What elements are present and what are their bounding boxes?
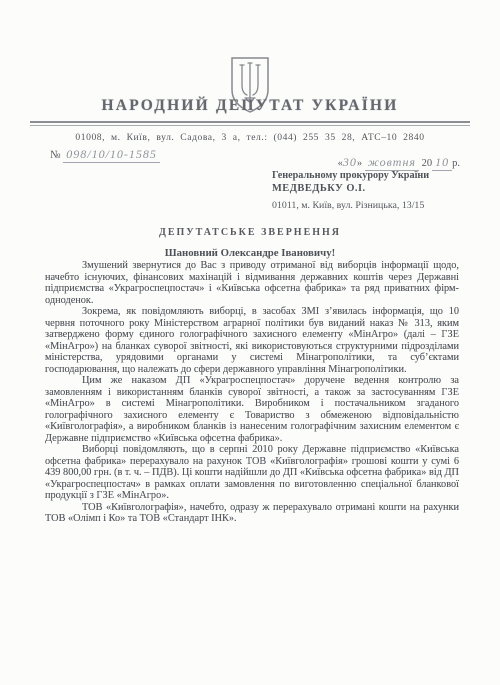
scanned-letter-page: НАРОДНИЙ ДЕПУТАТ УКРАЇНИ 01008, м. Київ,… (0, 0, 500, 685)
date-month-handwritten: жовтня (365, 155, 419, 171)
recipient-title: Генеральному прокурору України (272, 170, 429, 182)
body-paragraph-2: Зокрема, як повідомляють виборці, в засо… (45, 306, 459, 375)
reference-number-row: № 098/10/10-1585 (50, 147, 160, 162)
date-year-suffix: р. (452, 158, 460, 169)
date-year-printed: 20 (422, 158, 433, 169)
letter-body: Змушений звернутися до Вас з приводу отр… (45, 260, 459, 525)
recipient-block: Генеральному прокурору України МЕДВЕДЬКУ… (272, 170, 429, 212)
recipient-address: 01011, м. Київ, вул. Різницька, 13/15 (272, 200, 429, 212)
date-year-handwritten: 10 (432, 155, 452, 171)
date-day-handwritten: 30 (343, 155, 357, 169)
ref-label: № (50, 149, 61, 161)
letterhead-address: 01008, м. Київ, вул. Садова, 3 а, тел.: … (0, 132, 500, 143)
ref-number-handwritten: 098/10/10-1585 (63, 147, 160, 163)
body-paragraph-4: Виборці повідомляють, що в серпні 2010 р… (45, 444, 459, 502)
letterhead-title: НАРОДНИЙ ДЕПУТАТ УКРАЇНИ (0, 97, 500, 115)
date-quote-close: » (357, 158, 362, 169)
body-paragraph-5: ТОВ «Київголографія», начебто, одразу ж … (45, 502, 459, 525)
recipient-name: МЕДВЕДЬКУ О.І. (272, 183, 429, 195)
salutation-line: Шановний Олександре Івановичу! (0, 247, 500, 259)
document-heading: ДЕПУТАТСЬКЕ ЗВЕРНЕННЯ (0, 227, 500, 238)
body-paragraph-3: Цим же наказом ДП «Украгроспецпостач» до… (45, 375, 459, 444)
date-row: «30» жовтня 2010р. (272, 155, 460, 170)
letterhead-divider (30, 121, 470, 126)
body-paragraph-1: Змушений звернутися до Вас з приводу отр… (45, 260, 459, 306)
